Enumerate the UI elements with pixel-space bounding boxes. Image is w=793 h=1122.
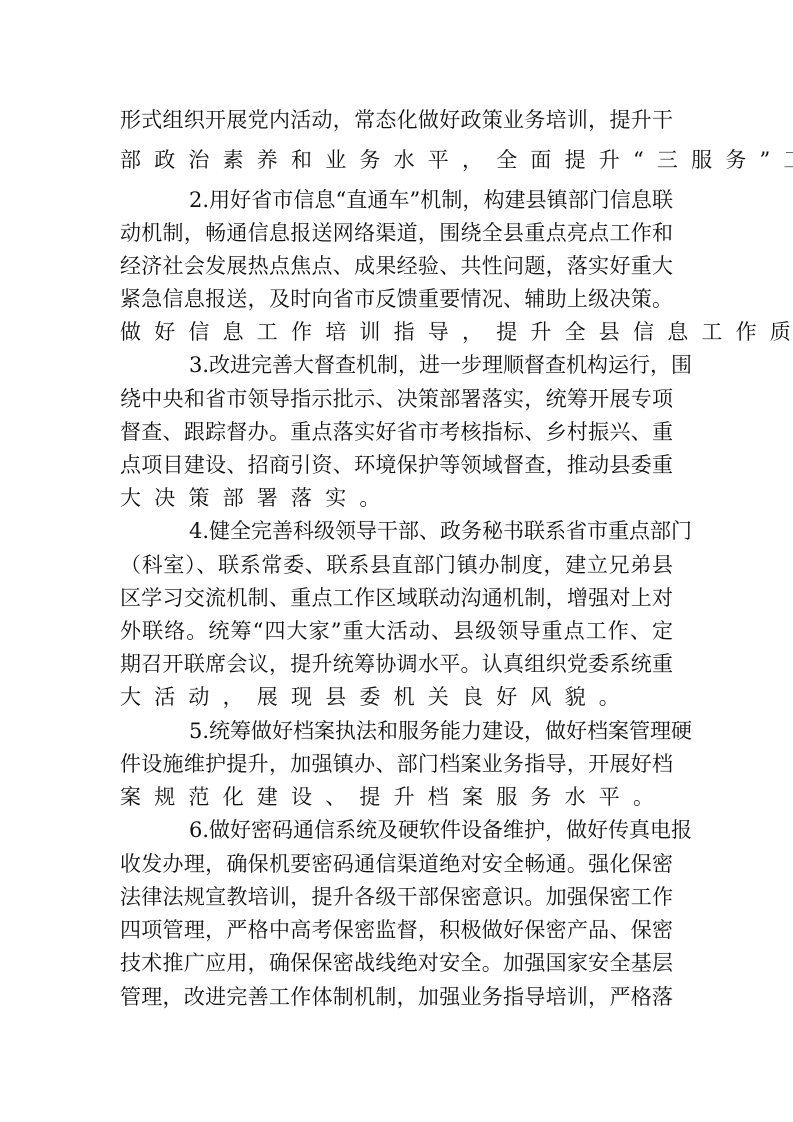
paragraph-line: 部政治素养和业务水平，全面提升“三服务”工作质效。 [120, 145, 673, 175]
paragraph-line: 件设施维护提升，加强镇办、部门档案业务指导，开展好档 [120, 749, 673, 779]
paragraph-4-first-line: 4.健全完善科级领导干部、政务秘书联系省市重点部门 [189, 516, 673, 546]
paragraph-6-first-line: 6.做好密码通信系统及硬软件设备维护，做好传真电报 [189, 815, 673, 845]
paragraph-line: 绕中央和省市领导指示批示、决策部署落实，统筹开展专项 [120, 384, 673, 414]
paragraph-line: 技术推广应用，确保保密战线绝对安全。加强国家安全基层 [120, 948, 673, 978]
paragraph-line: 期召开联席会议，提升统筹协调水平。认真组织党委系统重 [120, 649, 673, 679]
paragraph-line: 形式组织开展党内活动，常态化做好政策业务培训，提升干 [120, 105, 673, 135]
paragraph-line: 四项管理，严格中高考保密监督，积极做好保密产品、保密 [120, 915, 673, 945]
paragraph-5-first-line: 5.统筹做好档案执法和服务能力建设，做好档案管理硬 [189, 716, 673, 746]
paragraph-line: 大活动，展现县委机关良好风貌。 [120, 682, 673, 712]
paragraph-line: 做好信息工作培训指导，提升全县信息工作质量。 [120, 317, 673, 347]
paragraph-line: 案规范化建设、提升档案服务水平。 [120, 782, 673, 812]
paragraph-line: 经济社会发展热点焦点、成果经验、共性问题，落实好重大 [120, 251, 673, 281]
paragraph-line: 紧急信息报送，及时向省市反馈重要情况、辅助上级决策。 [120, 284, 673, 314]
paragraph-line: 管理，改进完善工作体制机制，加强业务指导培训，严格落 [120, 982, 673, 1012]
paragraph-2-first-line: 2.用好省市信息“直通车”机制，构建县镇部门信息联 [189, 185, 673, 215]
paragraph-line: 区学习交流机制、重点工作区域联动沟通机制，增强对上对 [120, 583, 673, 613]
paragraph-line: 督查、跟踪督办。重点落实好省市考核指标、乡村振兴、重 [120, 417, 673, 447]
paragraph-line: 动机制，畅通信息报送网络渠道，围绕全县重点亮点工作和 [120, 218, 673, 248]
paragraph-3-first-line: 3.改进完善大督查机制，进一步理顺督查机构运行，围 [189, 350, 673, 380]
paragraph-line: 点项目建设、招商引资、环境保护等领域督查，推动县委重 [120, 450, 673, 480]
paragraph-line: 外联络。统筹“四大家”重大活动、县级领导重点工作、定 [120, 616, 673, 646]
paragraph-line: 收发办理，确保机要密码通信渠道绝对安全畅通。强化保密 [120, 849, 673, 879]
paragraph-line: 法律法规宣教培训，提升各级干部保密意识。加强保密工作 [120, 882, 673, 912]
paragraph-line: 大决策部署落实。 [120, 483, 673, 513]
paragraph-line: （科室）、联系常委、联系县直部门镇办制度，建立兄弟县 [120, 550, 673, 580]
